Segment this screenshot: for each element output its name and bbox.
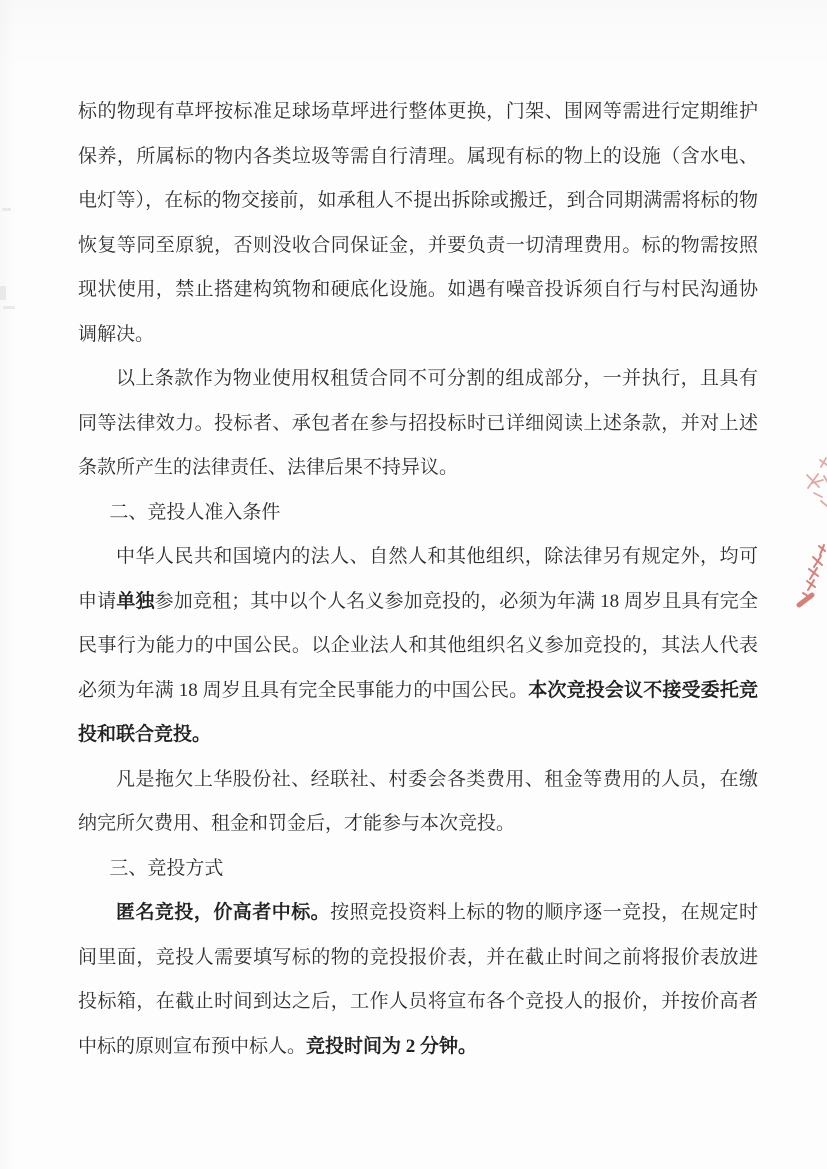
scan-artifact bbox=[2, 208, 11, 211]
text-segment: 标的物现有草坪按标准足球场草坪进行整体更换，门架、围网等需进行定期维护保养，所属… bbox=[78, 101, 758, 345]
scanned-document-page: 标的物现有草坪按标准足球场草坪进行整体更换，门架、围网等需进行定期维护保养，所属… bbox=[0, 0, 827, 1169]
document-body: 标的物现有草坪按标准足球场草坪进行整体更换，门架、围网等需进行定期维护保养，所属… bbox=[78, 90, 758, 1069]
text-segment: 三、竞投方式 bbox=[109, 858, 223, 879]
text-segment: 凡是拖欠上华股份社、经联社、村委会各类费用、租金等费用的人员，在缴纳完所欠费用、… bbox=[78, 769, 758, 835]
text-segment-bold: 竞投时间为 2 分钟。 bbox=[306, 1036, 477, 1057]
text-segment: 二、竞投人准入条件 bbox=[109, 502, 280, 523]
scan-artifact bbox=[3, 306, 15, 309]
section-heading: 二、竞投人准入条件 bbox=[78, 491, 758, 536]
text-segment: 按照竞投资料上标的物的顺序逐一竞投，在规定时间里面，竞投人需要填写标的物的竞投报… bbox=[78, 902, 758, 1057]
paragraph: 标的物现有草坪按标准足球场草坪进行整体更换，门架、围网等需进行定期维护保养，所属… bbox=[78, 90, 758, 357]
red-seal-fragment-lower bbox=[795, 543, 827, 611]
paragraph: 中华人民共和国境内的法人、自然人和其他组织，除法律另有规定外，均可申请单独参加竞… bbox=[78, 535, 758, 758]
red-seal-fragment-upper bbox=[799, 456, 827, 514]
paragraph: 凡是拖欠上华股份社、经联社、村委会各类费用、租金等费用的人员，在缴纳完所欠费用、… bbox=[78, 758, 758, 847]
paragraph: 匿名竞投，价高者中标。按照竞投资料上标的物的顺序逐一竞投，在规定时间里面，竞投人… bbox=[78, 891, 758, 1069]
text-segment: 以上条款作为物业使用权租赁合同不可分割的组成部分，一并执行，且具有同等法律效力。… bbox=[78, 368, 758, 478]
section-heading: 三、竞投方式 bbox=[78, 847, 758, 892]
paragraph: 以上条款作为物业使用权租赁合同不可分割的组成部分，一并执行，且具有同等法律效力。… bbox=[78, 357, 758, 491]
text-segment-bold: 匿名竞投，价高者中标。 bbox=[116, 902, 330, 923]
text-segment-bold: 单独 bbox=[116, 591, 154, 612]
scan-artifact bbox=[0, 286, 6, 300]
